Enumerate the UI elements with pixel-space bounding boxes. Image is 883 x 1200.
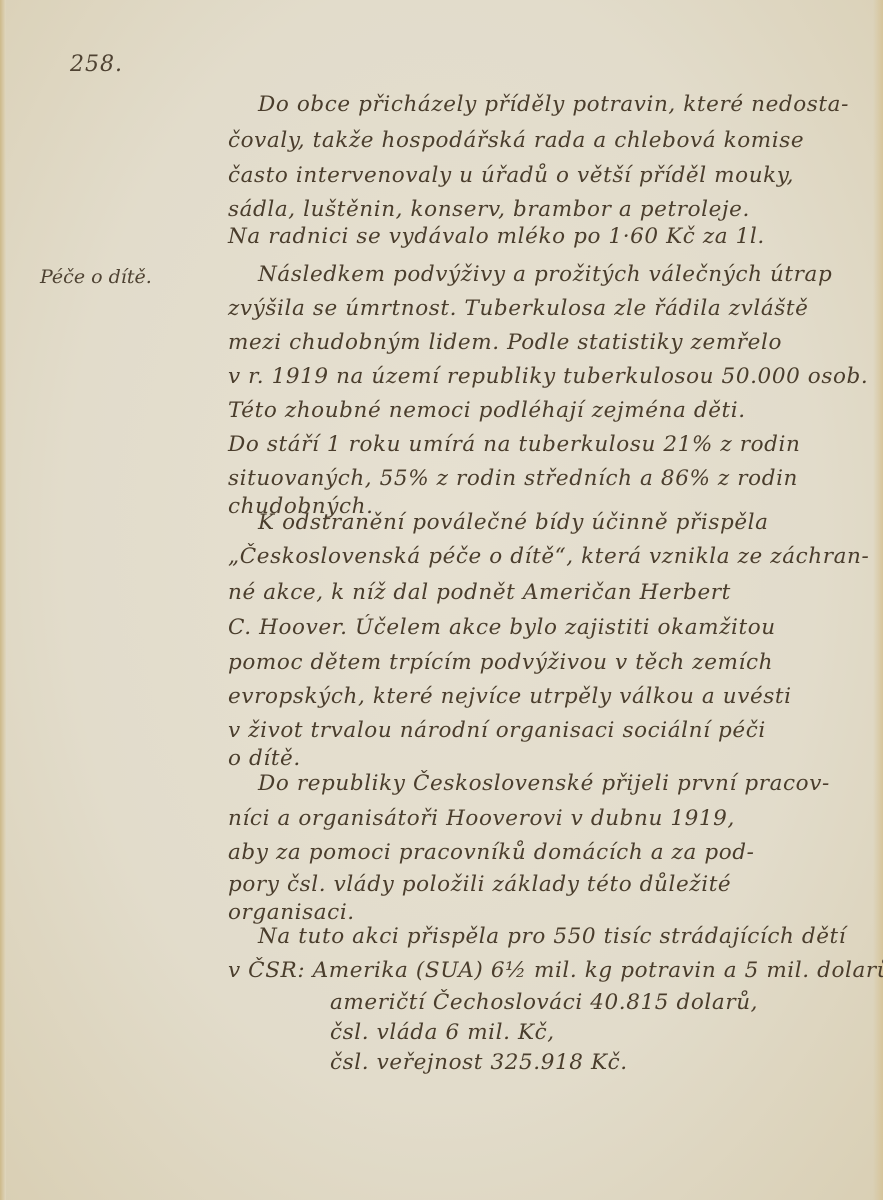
text-line: pory čsl. vlády položili základy této dů… <box>228 872 731 897</box>
text-line: né akce, k níž dal podnět Američan Herbe… <box>228 580 731 605</box>
page-edge-right <box>873 0 883 1200</box>
text-line: Na radnici se vydávalo mléko po 1·60 Kč … <box>228 224 765 249</box>
text-line: zvýšila se úmrtnost. Tuberkulosa zle řád… <box>228 296 808 321</box>
text-line: čsl. veřejnost 325.918 Kč. <box>330 1050 628 1075</box>
text-line: v život trvalou národní organisaci sociá… <box>228 718 766 743</box>
text-line: „Československá péče o dítě“, která vzni… <box>228 544 869 569</box>
text-line: Na tuto akci přispěla pro 550 tisíc strá… <box>258 924 846 949</box>
text-line: evropských, které nejvíce utrpěly válkou… <box>228 684 792 709</box>
text-line: Do stáří 1 roku umírá na tuberkulosu 21%… <box>228 432 800 457</box>
margin-note-heading: Péče o dítě. <box>40 266 152 288</box>
text-line: čovaly, takže hospodářská rada a chlebov… <box>228 128 804 153</box>
text-line: američtí Čechoslováci 40.815 dolarů, <box>330 990 758 1015</box>
page-edge-left <box>0 0 6 1200</box>
text-line: organisaci. <box>228 900 355 925</box>
text-line: Do obce přicházely příděly potravin, kte… <box>258 92 849 117</box>
text-line: v r. 1919 na území republiky tuberkuloso… <box>228 364 868 389</box>
text-line: čsl. vláda 6 mil. Kč, <box>330 1020 555 1045</box>
text-line: aby za pomoci pracovníků domácích a za p… <box>228 840 754 865</box>
text-line: o dítě. <box>228 746 301 771</box>
text-line: Této zhoubné nemoci podléhají zejména dě… <box>228 398 746 423</box>
text-line: často intervenovaly u úřadů o větší příd… <box>228 163 794 188</box>
text-line: pomoc dětem trpícím podvýživou v těch ze… <box>228 650 773 675</box>
text-line: C. Hoover. Účelem akce bylo zajistiti ok… <box>228 615 776 640</box>
text-line: sádla, luštěnin, konserv, brambor a petr… <box>228 197 750 222</box>
text-line: v ČSR: Amerika (SUA) 6½ mil. kg potravin… <box>228 958 883 983</box>
text-line: mezi chudobným lidem. Podle statistiky z… <box>228 330 782 355</box>
text-line: Následkem podvýživy a prožitých válečnýc… <box>258 262 832 287</box>
text-line: Do republiky Československé přijeli prvn… <box>258 771 830 796</box>
text-line: níci a organisátoři Hooverovi v dubnu 19… <box>228 806 735 831</box>
text-line: situovaných, 55% z rodin středních a 86%… <box>228 466 798 491</box>
text-line: K odstranění poválečné bídy účinně přisp… <box>258 510 769 535</box>
page-number: 258. <box>70 52 123 77</box>
